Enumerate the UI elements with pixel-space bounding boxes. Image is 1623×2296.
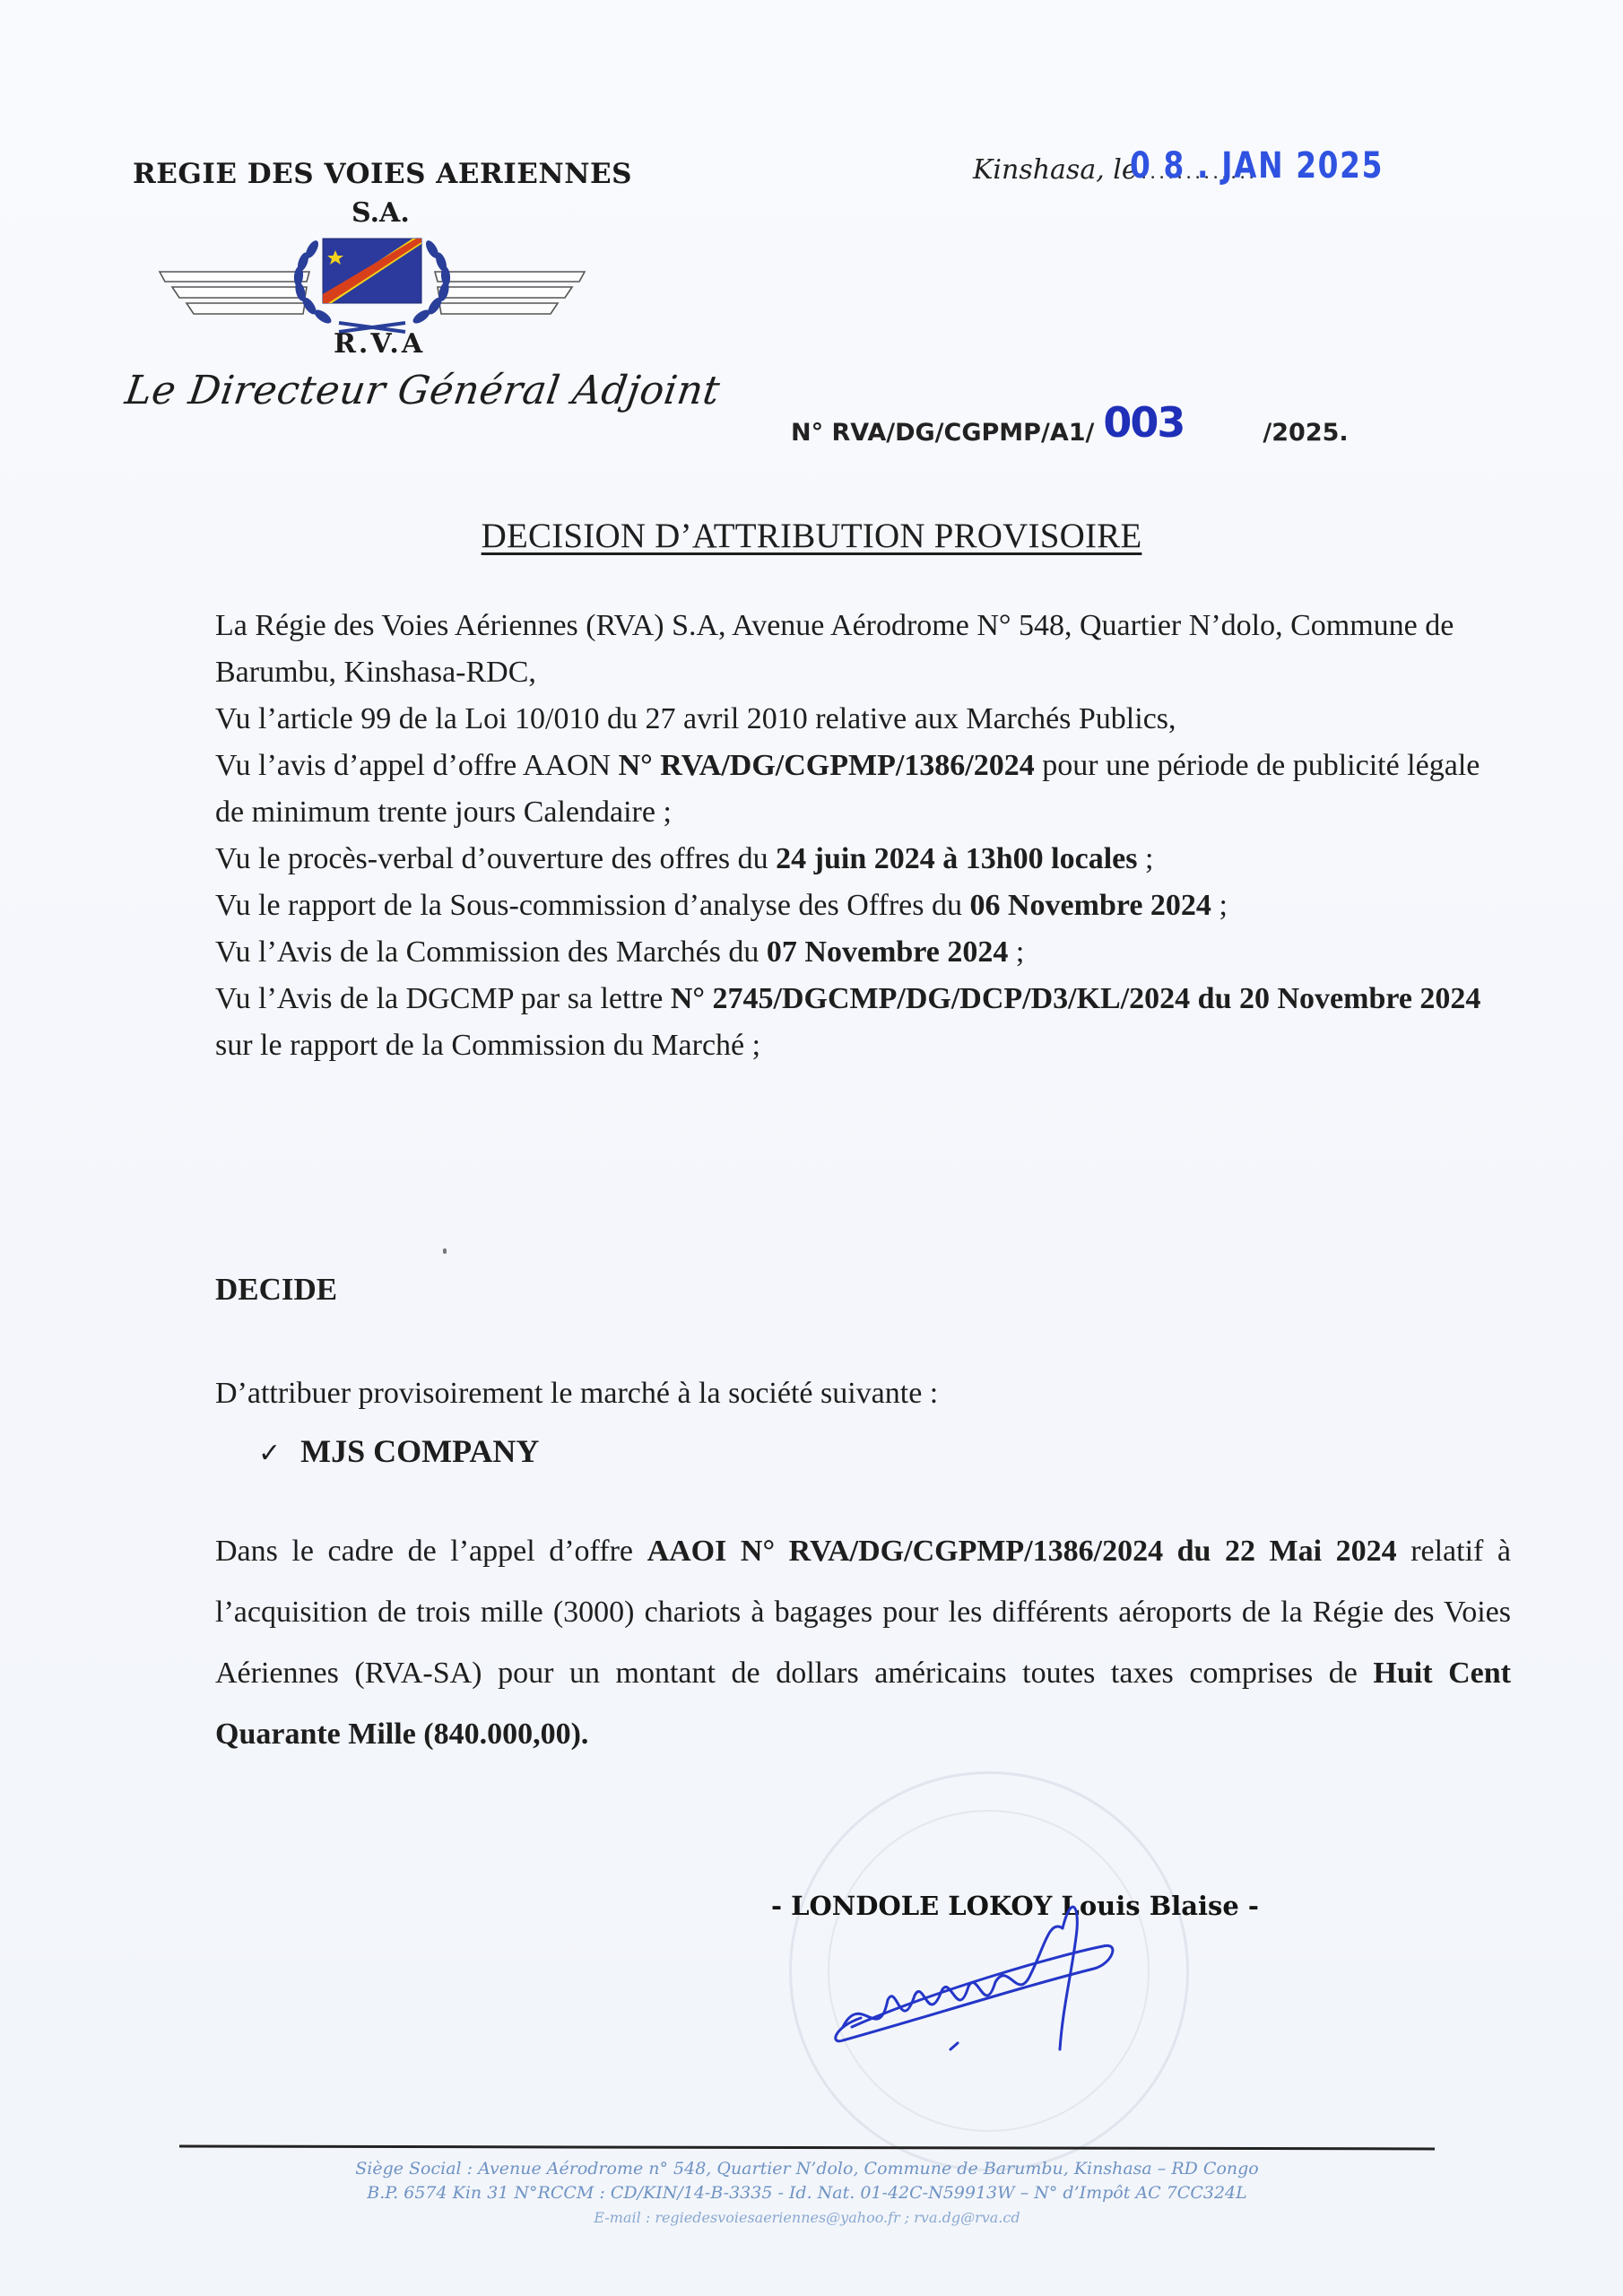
text-run: La Régie des Voies Aériennes (RVA) S.A, … xyxy=(215,609,1454,689)
attribution-text: D’attribuer provisoirement le marché à l… xyxy=(215,1377,938,1411)
text-run: Vu l’article 99 de la Loi 10/010 du 27 a… xyxy=(215,702,1176,735)
preamble-paragraph: Vu l’Avis de la Commission des Marchés d… xyxy=(215,929,1511,976)
awardee-name: MJS COMPANY xyxy=(300,1433,539,1469)
awardee: ✓MJS COMPANY xyxy=(258,1432,539,1470)
reference-prefix: N° RVA/DG/CGPMP/A1/ xyxy=(791,419,1094,447)
footer-address: Siège Social : Avenue Aérodrome n° 548, … xyxy=(179,2157,1435,2181)
text-run: Vu l’Avis de la Commission des Marchés d… xyxy=(215,935,767,969)
date-stamp: 0 8 . JAN 2025 xyxy=(1130,145,1384,187)
award-context: Dans le cadre de l’appel d’offre AAOI N°… xyxy=(215,1521,1511,1765)
text-run: Vu le procès-verbal d’ouverture des offr… xyxy=(215,842,776,875)
document-title: DECISION D’ATTRIBUTION PROVISOIRE xyxy=(0,516,1623,556)
preamble-paragraph: Vu l’avis d’appel d’offre AAON N° RVA/DG… xyxy=(215,743,1511,836)
reference-handwritten-number: 003 xyxy=(1103,398,1184,447)
footer-divider xyxy=(179,2145,1435,2151)
document-title-text: DECISION D’ATTRIBUTION PROVISOIRE xyxy=(482,517,1142,555)
date-line: Kinshasa, le ............. 0 8 . JAN 202… xyxy=(973,154,1258,186)
office-title: Le Directeur Général Adjoint xyxy=(122,368,723,413)
decide-heading: DECIDE xyxy=(215,1272,337,1308)
paper-speck xyxy=(443,1248,447,1254)
document-page: REGIE DES VOIES AERIENNES S.A. xyxy=(0,0,1623,2296)
organization-abbreviation: R.V.A xyxy=(334,328,425,360)
text-run: Vu l’avis d’appel d’offre AAON xyxy=(215,749,619,782)
preamble-paragraph: Vu le rapport de la Sous-commission d’an… xyxy=(215,883,1511,929)
organization-name: REGIE DES VOIES AERIENNES xyxy=(133,158,632,190)
preamble-paragraph: Vu le procès-verbal d’ouverture des offr… xyxy=(215,836,1511,883)
preamble: La Régie des Voies Aériennes (RVA) S.A, … xyxy=(215,603,1511,1069)
text-run: Dans le cadre de l’appel d’offre xyxy=(215,1535,647,1568)
check-icon: ✓ xyxy=(258,1438,281,1469)
emphasized-text: 24 juin 2024 à 13h00 locales xyxy=(776,842,1137,875)
footer-registration: B.P. 6574 Kin 31 N°RCCM : CD/KIN/14-B-33… xyxy=(179,2181,1435,2205)
text-run: Vu le rapport de la Sous-commission d’an… xyxy=(215,889,969,922)
emphasized-text: N° RVA/DG/CGPMP/1386/2024 xyxy=(619,749,1035,782)
handwritten-signature-icon xyxy=(825,1892,1166,2063)
emphasized-text: 06 Novembre 2024 xyxy=(969,889,1211,922)
text-run: ; xyxy=(1211,889,1228,922)
footer: Siège Social : Avenue Aérodrome n° 548, … xyxy=(179,2157,1435,2230)
footer-email: E-mail : regiedesvoiesaeriennes@yahoo.fr… xyxy=(179,2205,1435,2230)
emphasized-text: N° 2745/DGCMP/DG/DCP/D3/KL/2024 du 20 No… xyxy=(671,982,1481,1015)
preamble-paragraph: Vu l’article 99 de la Loi 10/010 du 27 a… xyxy=(215,696,1511,743)
text-run: ; xyxy=(1137,842,1153,875)
text-run: sur le rapport de la Commission du March… xyxy=(215,1029,760,1062)
date-prefix: Kinshasa, le xyxy=(973,154,1138,186)
text-run: ; xyxy=(1008,935,1024,969)
reference-number: N° RVA/DG/CGPMP/A1/003/2025. xyxy=(791,402,1349,450)
emphasized-text: 07 Novembre 2024 xyxy=(767,935,1008,969)
preamble-paragraph: La Régie des Voies Aériennes (RVA) S.A, … xyxy=(215,603,1511,696)
preamble-paragraph: Vu l’Avis de la DGCMP par sa lettre N° 2… xyxy=(215,976,1511,1069)
emphasized-text: AAOI N° RVA/DG/CGPMP/1386/2024 du 22 Mai… xyxy=(647,1535,1397,1568)
reference-suffix: /2025. xyxy=(1263,419,1348,447)
text-run: Vu l’Avis de la DGCMP par sa lettre xyxy=(215,982,671,1015)
winged-flag-laurel-icon xyxy=(152,222,592,335)
